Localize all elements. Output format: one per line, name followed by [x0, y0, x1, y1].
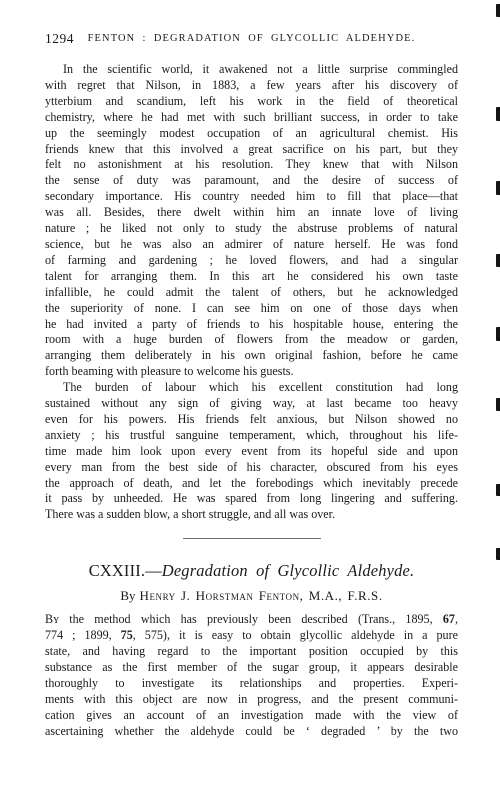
article-title: Degradation of Glycollic Aldehyde.: [162, 561, 414, 580]
text-line: thoroughly to investigate its relationsh…: [45, 676, 458, 692]
text-line: it pass by unheeded. He was spared from …: [45, 491, 458, 507]
scan-edge-mark: [496, 4, 500, 17]
text-line: room with a huge burden of flowers from …: [45, 332, 458, 348]
text-line: science, but he was also an admirer of n…: [45, 237, 458, 253]
article-heading: CXXIII.—Degradation of Glycollic Aldehyd…: [45, 560, 458, 581]
page-number: 1294: [45, 31, 74, 47]
text-line: time made him look upon every event from…: [45, 444, 458, 460]
text-line: the sense of duty was paramount, and the…: [45, 173, 458, 189]
scan-edge-mark: [496, 548, 500, 560]
text-line: In the scientific world, it awakened not…: [45, 62, 458, 78]
text-line: talent for arranging them. In this art h…: [45, 269, 458, 285]
running-head: 1294 FENTON : DEGRADATION OF GLYCOLLIC A…: [45, 31, 458, 46]
text-line: 774 ; 1899, 75, 575), it is easy to obta…: [45, 628, 458, 644]
text-line: felt no astonishment at his resolution. …: [45, 157, 458, 173]
text-line: of farming and gardening ; he loved flow…: [45, 253, 458, 269]
text-line: was all. Besides, there dwelt within him…: [45, 205, 458, 221]
text-line: chemistry, where he had met with such br…: [45, 110, 458, 126]
scan-edge-mark: [496, 484, 500, 496]
section-divider-rule: [183, 538, 321, 539]
running-title: FENTON : DEGRADATION OF GLYCOLLIC ALDEHY…: [88, 33, 416, 44]
text-line: up the seemingly modest occupation of an…: [45, 126, 458, 142]
obituary-paragraph-1: In the scientific world, it awakened not…: [45, 62, 458, 380]
article-byline: ByHenry J. Horstman Fenton, M.A., F.R.S.: [45, 587, 458, 604]
text-line: Bʏ the method which has previously been …: [45, 612, 458, 628]
text-line: the superiority of none. I can see him o…: [45, 301, 458, 317]
text-line: the approach of death, and let the foreb…: [45, 476, 458, 492]
text-line: even for his powers. His friends felt an…: [45, 412, 458, 428]
text-line: cation gives an account of an investigat…: [45, 708, 458, 724]
text-line: arranging them deliberately in his own o…: [45, 348, 458, 364]
article-number: CXXIII.—: [89, 561, 162, 580]
text-line: every man from the best side of his char…: [45, 460, 458, 476]
text-line: friends knew that this involved a great …: [45, 142, 458, 158]
text-line: he had invited a party of friends to his…: [45, 317, 458, 333]
text-line: substance as the first member of the sug…: [45, 660, 458, 676]
journal-page-scan: 1294 FENTON : DEGRADATION OF GLYCOLLIC A…: [0, 0, 500, 800]
text-line: secondary importance. His country needed…: [45, 189, 458, 205]
scan-edge-mark: [496, 107, 500, 121]
obituary-paragraph-2: The burden of labour which his excellent…: [45, 380, 458, 523]
page-content: 1294 FENTON : DEGRADATION OF GLYCOLLIC A…: [45, 31, 458, 740]
text-line: ments with this object are now in progre…: [45, 692, 458, 708]
text-line: forth beaming with pleasure to welcome h…: [45, 364, 458, 380]
text-line: There was a sudden blow, a short struggl…: [45, 507, 458, 523]
scan-edge-mark: [496, 398, 500, 411]
text-line: with regret that Nilson, in 1883, a few …: [45, 78, 458, 94]
text-line: ascertaining whether the aldehyde could …: [45, 724, 458, 740]
byline-author: Henry J. Horstman Fenton, M.A., F.R.S.: [140, 588, 383, 603]
text-line: state, and having regard to the importan…: [45, 644, 458, 660]
text-line: infallible, he could admit the talent of…: [45, 285, 458, 301]
scan-edge-mark: [496, 327, 500, 341]
text-line: sustained without any sign of giving way…: [45, 396, 458, 412]
text-line: ytterbium and scandium, left his work in…: [45, 94, 458, 110]
scan-edge-mark: [496, 254, 500, 267]
text-line: anxiety ; his trustful sanguine temperam…: [45, 428, 458, 444]
byline-prefix: By: [120, 588, 135, 603]
scan-edge-mark: [496, 181, 500, 195]
text-line: The burden of labour which his excellent…: [45, 380, 458, 396]
article-paragraph-1: Bʏ the method which has previously been …: [45, 612, 458, 739]
text-line: nature ; he liked not only to study the …: [45, 221, 458, 237]
